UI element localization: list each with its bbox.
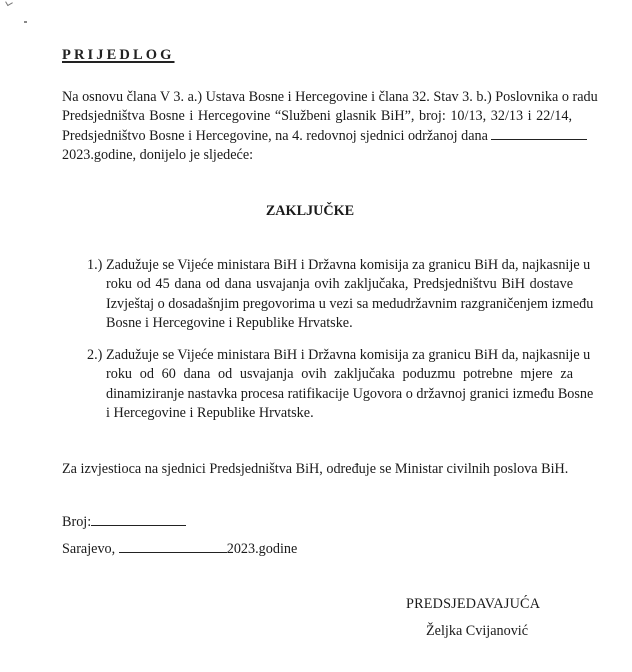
- place-date-line: Sarajevo, 2023.godine: [62, 541, 297, 558]
- date-blank: [119, 551, 227, 553]
- reference-number-line: Broj:: [62, 514, 186, 531]
- item-body: Zadužuje se Vijeće ministara BiH i Držav…: [106, 256, 573, 334]
- section-heading-text: ZAKLJUČKE: [266, 203, 354, 219]
- item-number: 1.): [87, 256, 102, 275]
- intro-line: 2023.godine, donijelo je sljedeće:: [62, 146, 572, 165]
- intro-line: Na osnovu člana V 3. a.) Ustava Bosne i …: [62, 88, 572, 107]
- intro-paragraph: Na osnovu člana V 3. a.) Ustava Bosne i …: [62, 88, 572, 165]
- intro-line: Predsjedništva Bosne i Hercegovine “Služ…: [62, 107, 572, 126]
- item-line: roku od 45 dana od dana usvajanja ovih z…: [106, 275, 573, 294]
- place-label: Sarajevo,: [62, 541, 115, 557]
- item-line: Izvještaj o dosadašnjim pregovorima u ve…: [106, 295, 573, 314]
- document-title: PRIJEDLOG: [62, 47, 175, 64]
- scan-artifact: [24, 21, 27, 23]
- session-date-blank: [491, 138, 587, 140]
- reporter-statement: Za izvjestioca na sjednici Predsjedništv…: [62, 461, 568, 478]
- item-line: Zadužuje se Vijeće ministara BiH i Držav…: [106, 346, 573, 365]
- reference-number-blank: [91, 524, 186, 526]
- scan-artifact: [5, 0, 13, 6]
- item-number: 2.): [87, 346, 102, 365]
- item-body: Zadužuje se Vijeće ministara BiH i Držav…: [106, 346, 573, 424]
- signatory-name: Željka Cvijanović: [426, 623, 528, 640]
- item-line: i Hercegovine i Republike Hrvatske.: [106, 404, 573, 423]
- intro-line-with-date-blank: Predsjedništvo Bosne i Hercegovine, na 4…: [62, 127, 572, 146]
- section-heading: ZAKLJUČKE: [0, 203, 632, 220]
- item-line: Bosne i Hercegovine i Republike Hrvatske…: [106, 314, 573, 333]
- intro-line-text: Predsjedništvo Bosne i Hercegovine, na 4…: [62, 128, 488, 144]
- signatory-title: PREDSJEDAVAJUĆA: [406, 596, 540, 613]
- item-line: Zadužuje se Vijeće ministara BiH i Držav…: [106, 256, 573, 275]
- item-line: roku od 60 dana od usvajanja ovih zaklju…: [106, 365, 573, 384]
- item-line: dinamiziranje nastavka procesa ratifikac…: [106, 385, 573, 404]
- reference-number-label: Broj:: [62, 514, 91, 530]
- year-suffix: 2023.godine: [227, 541, 298, 557]
